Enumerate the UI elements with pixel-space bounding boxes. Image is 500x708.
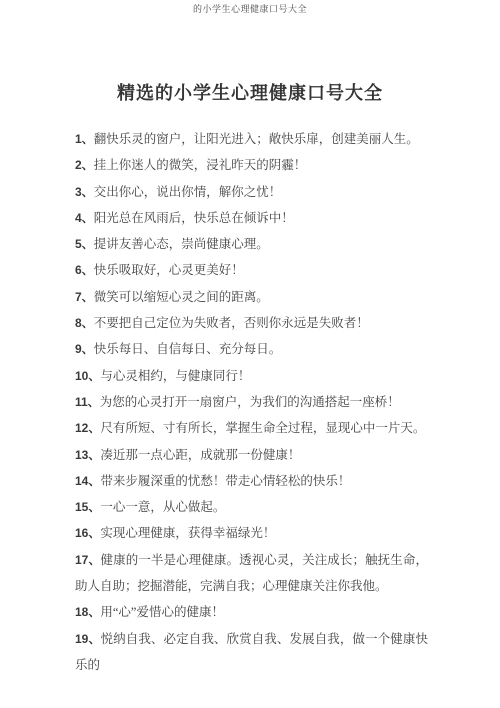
slogan-item: 15、一心一意，从心做起。 (75, 494, 428, 520)
slogan-text: 实现心理健康，获得幸福绿光！ (100, 526, 275, 540)
slogan-text: 交出你心，说出你情，解你之忧！ (94, 185, 282, 199)
slogan-item: 7、微笑可以缩短心灵之间的距离。 (75, 284, 428, 310)
page-title: 精选的小学生心理健康口号大全 (0, 81, 500, 105)
slogan-item: 16、实现心理健康，获得幸福绿光！ (75, 520, 428, 546)
slogan-number: 18、 (75, 605, 100, 619)
slogan-text: 提讲友善心态，崇尚健康心理。 (94, 237, 269, 251)
slogan-item: 1、翻快乐灵的窗户，让阳光进入；敞快乐扉，创建美丽人生。 (75, 126, 428, 152)
slogan-item: 5、提讲友善心态，崇尚健康心理。 (75, 231, 428, 257)
slogan-number: 3、 (75, 185, 94, 199)
slogan-item: 14、带来步履深重的忧愁！带走心情轻松的快乐！ (75, 468, 428, 494)
slogan-item: 19、悦纳自我、必定自我、欣赏自我、发展自我，做一个健康快乐的 (75, 626, 428, 679)
slogan-text: 一心一意，从心做起。 (100, 500, 225, 514)
slogan-item: 13、凑近那一点心距，成就那一份健康！ (75, 442, 428, 468)
slogan-item: 6、快乐吸取好，心灵更美好！ (75, 257, 428, 283)
slogan-number: 6、 (75, 263, 94, 277)
slogan-text: 悦纳自我、必定自我、欣赏自我、发展自我，做一个健康快乐的 (75, 632, 428, 672)
slogan-number: 7、 (75, 290, 94, 304)
slogan-number: 11、 (75, 395, 100, 409)
slogan-list: 1、翻快乐灵的窗户，让阳光进入；敞快乐扉，创建美丽人生。 2、挂上你迷人的微笑，… (0, 126, 500, 678)
slogan-item: 18、用“心”爱惜心的健康！ (75, 599, 428, 625)
slogan-text: 翻快乐灵的窗户，让阳光进入；敞快乐扉，创建美丽人生。 (94, 132, 419, 146)
slogan-number: 1、 (75, 132, 94, 146)
slogan-text: 尺有所短、寸有所长，掌握生命全过程，显现心中一片天。 (100, 421, 425, 435)
slogan-item: 8、不要把自己定位为失败者，否则你永远是失败者！ (75, 310, 428, 336)
slogan-text: 健康的一半是心理健康。透视心灵，关注成长；触抚生命，助人自助；挖掘潜能，完满自我… (75, 553, 428, 593)
slogan-number: 2、 (75, 158, 94, 172)
slogan-number: 13、 (75, 448, 100, 462)
slogan-number: 14、 (75, 474, 100, 488)
running-header: 的小学生心理健康口号大全 (0, 0, 500, 15)
document-page: 的小学生心理健康口号大全 精选的小学生心理健康口号大全 1、翻快乐灵的窗户，让阳… (0, 0, 500, 708)
slogan-number: 10、 (75, 369, 100, 383)
slogan-item: 4、阳光总在风雨后，快乐总在倾诉中！ (75, 205, 428, 231)
slogan-item: 2、挂上你迷人的微笑，浸礼昨天的阴霾！ (75, 152, 428, 178)
slogan-text: 凑近那一点心距，成就那一份健康！ (100, 448, 300, 462)
slogan-text: 带来步履深重的忧愁！带走心情轻松的快乐！ (100, 474, 350, 488)
slogan-number: 15、 (75, 500, 100, 514)
slogan-item: 10、与心灵相约，与健康同行！ (75, 363, 428, 389)
slogan-number: 4、 (75, 211, 94, 225)
slogan-number: 9、 (75, 342, 94, 356)
slogan-text: 用“心”爱惜心的健康！ (100, 605, 224, 619)
slogan-number: 8、 (75, 316, 94, 330)
slogan-number: 5、 (75, 237, 94, 251)
slogan-text: 与心灵相约，与健康同行！ (100, 369, 250, 383)
slogan-text: 微笑可以缩短心灵之间的距离。 (94, 290, 269, 304)
slogan-text: 快乐吸取好，心灵更美好！ (94, 263, 244, 277)
slogan-text: 挂上你迷人的微笑，浸礼昨天的阴霾！ (94, 158, 307, 172)
slogan-item: 12、尺有所短、寸有所长，掌握生命全过程，显现心中一片天。 (75, 415, 428, 441)
slogan-item: 9、快乐每日、自信每日、充分每日。 (75, 336, 428, 362)
slogan-text: 快乐每日、自信每日、充分每日。 (94, 342, 282, 356)
slogan-number: 17、 (75, 553, 101, 567)
slogan-text: 为您的心灵打开一扇窗户，为我们的沟通搭起一座桥！ (100, 395, 400, 409)
slogan-item: 11、为您的心灵打开一扇窗户，为我们的沟通搭起一座桥！ (75, 389, 428, 415)
slogan-number: 12、 (75, 421, 100, 435)
slogan-number: 16、 (75, 526, 100, 540)
slogan-text: 阳光总在风雨后，快乐总在倾诉中！ (94, 211, 294, 225)
slogan-item: 17、健康的一半是心理健康。透视心灵，关注成长；触抚生命，助人自助；挖掘潜能，完… (75, 547, 428, 600)
slogan-text: 不要把自己定位为失败者，否则你永远是失败者！ (94, 316, 369, 330)
slogan-number: 19、 (75, 632, 101, 646)
slogan-item: 3、交出你心，说出你情，解你之忧！ (75, 179, 428, 205)
